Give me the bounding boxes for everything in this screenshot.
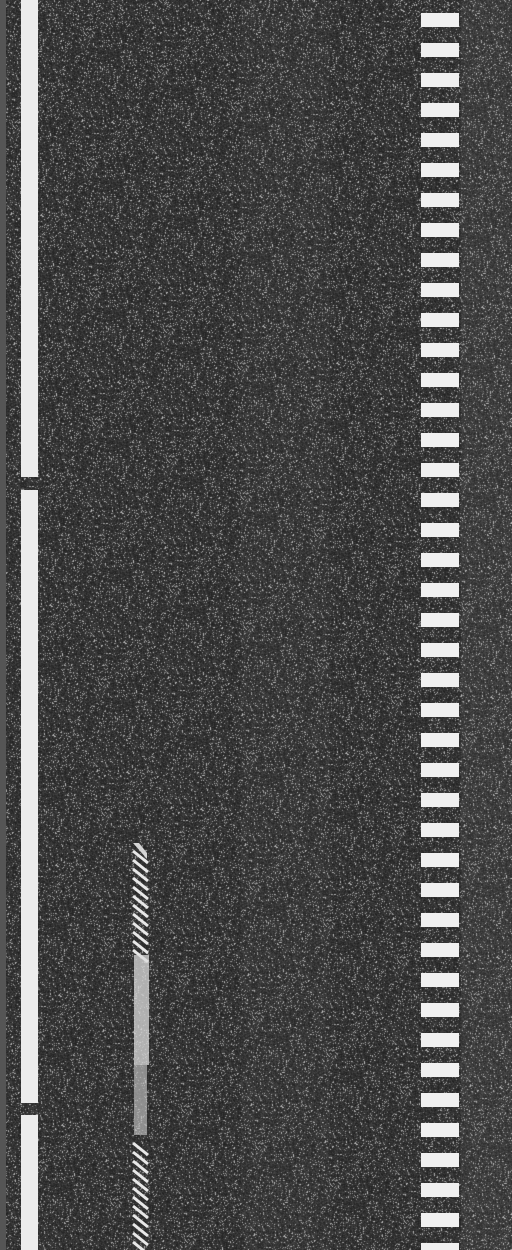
dash-block: [421, 793, 459, 807]
dash-block: [421, 523, 459, 537]
dash-block: [421, 223, 459, 237]
dash-block: [421, 643, 459, 657]
dash-block: [421, 703, 459, 717]
dash-block: [421, 283, 459, 297]
dash-block: [421, 823, 459, 837]
dash-block: [421, 343, 459, 357]
dash-block: [421, 673, 459, 687]
dash-block: [421, 913, 459, 927]
dash-block: [421, 463, 459, 477]
dash-block: [421, 103, 459, 117]
dash-block: [421, 433, 459, 447]
road-edge-strip: [0, 0, 6, 1250]
left-line-segment: [21, 0, 38, 477]
worn-hatched-marking: [131, 843, 151, 1250]
dash-block: [421, 1063, 459, 1077]
dash-block: [421, 1093, 459, 1107]
dash-block: [421, 493, 459, 507]
dash-block: [421, 973, 459, 987]
dash-block: [421, 73, 459, 87]
dash-block: [421, 1213, 459, 1227]
dash-block: [421, 853, 459, 867]
dash-block: [421, 253, 459, 267]
dash-block: [421, 1183, 459, 1197]
dash-block: [421, 1153, 459, 1167]
dash-block: [421, 733, 459, 747]
dash-block: [421, 1243, 459, 1250]
dash-block: [421, 613, 459, 627]
dash-block: [421, 163, 459, 177]
dash-block: [421, 193, 459, 207]
dash-block: [421, 1123, 459, 1137]
dash-block: [421, 313, 459, 327]
dash-block: [421, 763, 459, 777]
dash-block: [421, 43, 459, 57]
dash-block: [421, 1033, 459, 1047]
dash-block: [421, 943, 459, 957]
left-line-segment: [21, 1115, 38, 1250]
dash-block: [421, 1003, 459, 1017]
dash-block: [421, 553, 459, 567]
dash-block: [421, 13, 459, 27]
dash-block: [421, 883, 459, 897]
dash-block: [421, 583, 459, 597]
left-line-segment: [21, 490, 38, 1103]
dash-block: [421, 403, 459, 417]
road-aerial-image: Top-down aerial view of an asphalt road …: [0, 0, 512, 1250]
dash-block: [421, 373, 459, 387]
dash-block: [421, 133, 459, 147]
